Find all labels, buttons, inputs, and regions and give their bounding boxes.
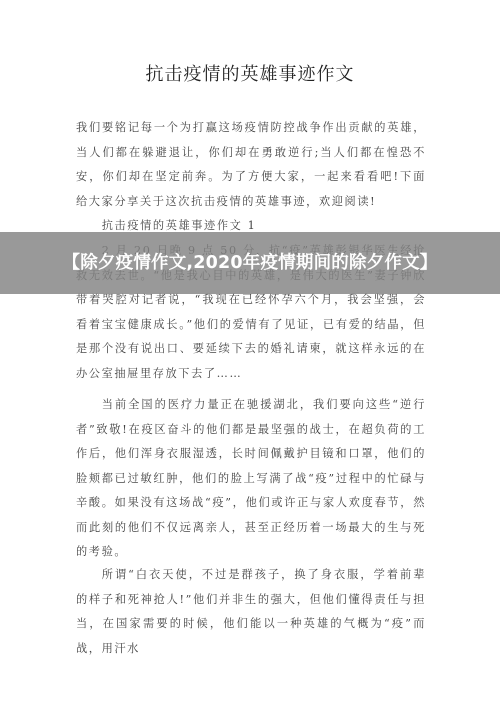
intro-paragraph: 我们要铭记每一个为打赢这场疫情防控战争作出贡献的英雄，当人们都在躲避退让，你们却… xyxy=(76,116,426,214)
body-paragraph: 所谓“白衣天使，不过是群孩子，换了身衣服，学着前辈的样子和死神抢人!”他们并非生… xyxy=(76,563,426,661)
document-page: 抗击疫情的英雄事迹作文 我们要铭记每一个为打赢这场疫情防控战争作出贡献的英雄，当… xyxy=(0,0,500,706)
overlay-banner-text: 【除夕疫情作文,2020年疫情期间的除夕作文】 xyxy=(10,251,490,275)
body-paragraph: 当前全国的医疗力量正在驰援湖北，我们要向这些“逆行者”致敬!在疫区奋斗的他们都是… xyxy=(76,393,426,565)
document-title: 抗击疫情的英雄事迹作文 xyxy=(0,60,500,86)
title-overlay-banner[interactable]: 【除夕疫情作文,2020年疫情期间的除夕作文】 xyxy=(0,232,500,294)
